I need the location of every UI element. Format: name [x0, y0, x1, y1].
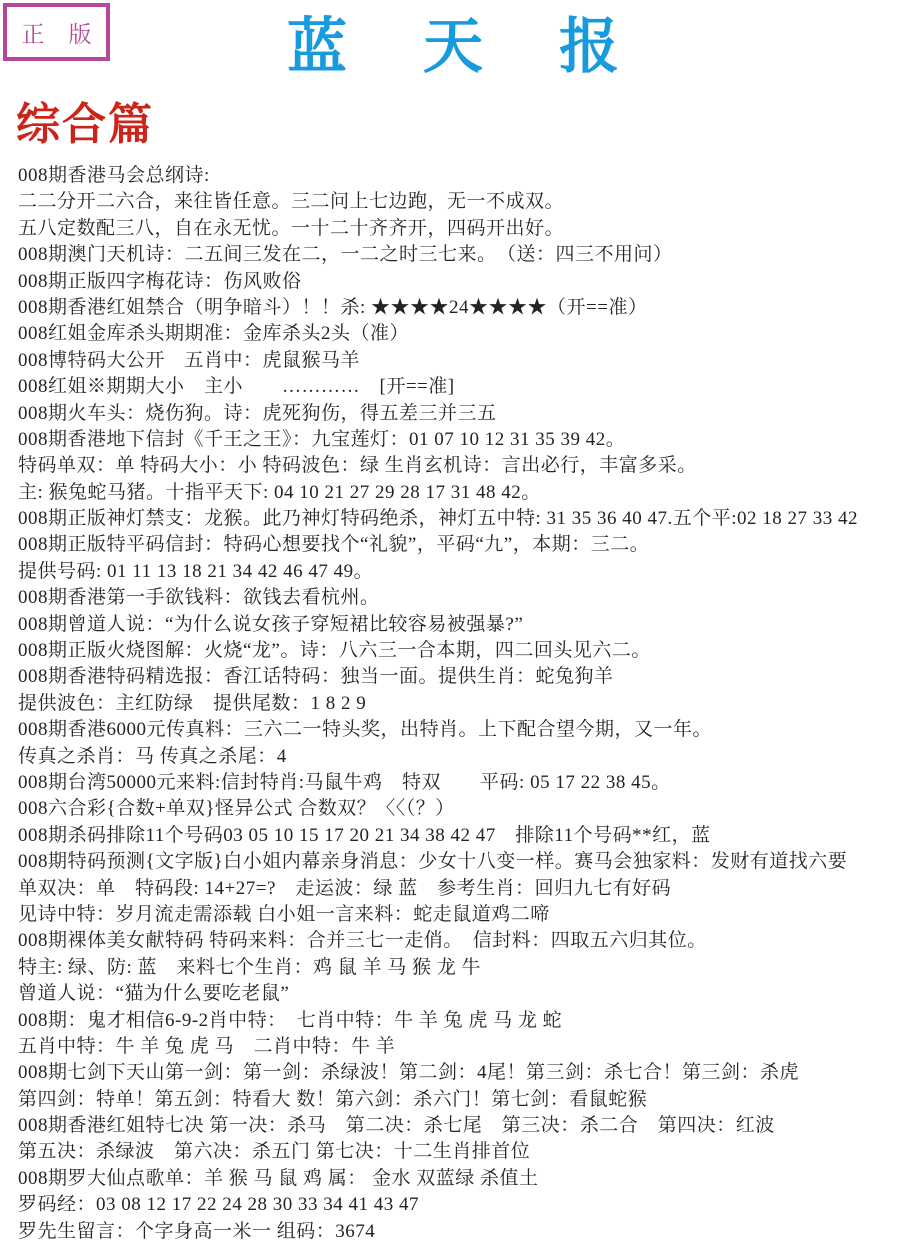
- text-line: 二二分开二六合，来往皆任意。三二问上七边跑，无一不成双。: [18, 189, 898, 215]
- authentic-badge-label: 正版: [0, 16, 116, 49]
- page-title: 蓝天报: [287, 14, 695, 80]
- text-line: 五肖中特：牛 羊 兔 虎 马 二肖中特：牛 羊: [18, 1034, 898, 1060]
- text-line: 008期香港红姐特七决 第一决：杀马 第二决：杀七尾 第三决：杀二合 第四决：红…: [18, 1113, 898, 1139]
- text-line: 008期：鬼才相信6-9-2肖中特： 七肖中特：牛 羊 兔 虎 马 龙 蛇: [18, 1008, 898, 1034]
- text-line: 008期澳门天机诗：二五间三发在二，一二之时三七来。 （送：四三不用问）: [18, 242, 898, 268]
- text-line: 008期特码预测{文字版}白小姐内幕亲身消息：少女十八变一样。赛马会独家料：发财…: [18, 849, 898, 875]
- text-line: 008期香港红姐禁合（明争暗斗）！！杀: ★★★★24★★★★（开==准）: [18, 295, 898, 321]
- body-lines: 008期香港马会总纲诗:二二分开二六合，来往皆任意。三二问上七边跑，无一不成双。…: [18, 163, 898, 1244]
- text-line: 008博特码大公开 五肖中：虎鼠猴马羊: [18, 348, 898, 374]
- text-line: 罗先生留言：个字身高一米一 组码：3674: [18, 1219, 898, 1244]
- text-line: 008期台湾50000元来料:信封特肖:马鼠牛鸡 特双 平码: 05 17 22…: [18, 770, 898, 796]
- text-line: 008期正版特平码信封：特码心想要找个“礼貌”，平码“九”，本期：三二。: [18, 532, 898, 558]
- text-line: 008期火车头：烧伤狗。诗：虎死狗伤，得五差三并三五: [18, 401, 898, 427]
- text-line: 见诗中特：岁月流走需添载 白小姐一言来料：蛇走鼠道鸡二啼: [18, 902, 898, 928]
- text-line: 008期香港马会总纲诗:: [18, 163, 898, 189]
- text-line: 008期裸体美女献特码 特码来料：合并三七一走俏。 信封料：四取五六归其位。: [18, 928, 898, 954]
- text-line: 传真之杀肖：马 传真之杀尾：4: [18, 744, 898, 770]
- text-line: 008期正版神灯禁支：龙猴。此乃神灯特码绝杀，神灯五中特: 31 35 36 4…: [18, 506, 898, 532]
- text-line: 008期正版四字梅花诗：伤风败俗: [18, 269, 898, 295]
- text-line: 曾道人说：“猫为什么要吃老鼠”: [18, 981, 898, 1007]
- text-line: 单双决：单 特码段: 14+27=? 走运波：绿 蓝 参考生肖：回归九七有好码: [18, 876, 898, 902]
- text-line: 主: 猴兔蛇马猪。十指平天下: 04 10 21 27 29 28 17 31 …: [18, 480, 898, 506]
- text-line: 提供波色：主红防绿 提供尾数：1 8 2 9: [18, 691, 898, 717]
- text-line: 五八定数配三八，自在永无忧。一十二十齐齐开，四码开出好。: [18, 216, 898, 242]
- text-line: 008期香港第一手欲钱料：欲钱去看杭州。: [18, 585, 898, 611]
- text-line: 罗码经：03 08 12 17 22 24 28 30 33 34 41 43 …: [18, 1192, 898, 1218]
- text-line: 008期香港6000元传真料：三六二一特头奖，出特肖。上下配合望今期，又一年。: [18, 717, 898, 743]
- text-line: 特码单双：单 特码大小：小 特码波色：绿 生肖玄机诗：言出必行，丰富多采。: [18, 453, 898, 479]
- text-line: 第四剑：特单！第五剑：特看大 数！第六剑：杀六门！第七剑：看鼠蛇猴: [18, 1087, 898, 1113]
- authentic-badge: 正版: [3, 3, 110, 61]
- page-root: 正版 蓝天报 综合篇 008期香港马会总纲诗:二二分开二六合，来往皆任意。三二问…: [0, 0, 900, 1244]
- text-line: 008期正版火烧图解：火烧“龙”。诗：八六三一合本期，四二回头见六二。: [18, 638, 898, 664]
- text-line: 008期曾道人说：“为什么说女孩子穿短裙比较容易被强暴?”: [18, 612, 898, 638]
- text-line: 第五决：杀绿波 第六决：杀五门 第七决：十二生肖排首位: [18, 1139, 898, 1165]
- text-line: 008期七剑下天山第一剑：第一剑：杀绿波！第二剑：4尾！第三剑：杀七合！第三剑：…: [18, 1060, 898, 1086]
- section-title: 综合篇: [16, 88, 154, 152]
- text-line: 提供号码: 01 11 13 18 21 34 42 46 47 49。: [18, 559, 898, 585]
- text-line: 008红姐金库杀头期期准：金库杀头2头（准）: [18, 321, 898, 347]
- text-line: 008期杀码排除11个号码03 05 10 15 17 20 21 34 38 …: [18, 823, 898, 849]
- text-line: 008期香港特码精选报：香江话特码：独当一面。提供生肖：蛇兔狗羊: [18, 664, 898, 690]
- text-line: 008期香港地下信封《千王之王》：九宝莲灯：01 07 10 12 31 35 …: [18, 427, 898, 453]
- text-line: 008红姐※期期大小 主小 ………… [开==准]: [18, 374, 898, 400]
- text-line: 008六合彩{合数+单双}怪异公式 合数双？〈〈（？）: [18, 796, 898, 822]
- text-line: 特主: 绿、防: 蓝 来料七个生肖：鸡 鼠 羊 马 猴 龙 牛: [18, 955, 898, 981]
- text-line: 008期罗大仙点歌单：羊 猴 马 鼠 鸡 属： 金水 双蓝绿 杀值土: [18, 1166, 898, 1192]
